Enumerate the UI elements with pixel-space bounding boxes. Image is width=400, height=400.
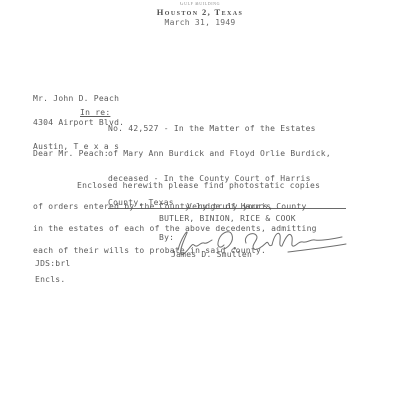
- valediction: Very truly yours,: [187, 203, 273, 211]
- enclosure-notation: Encls.: [35, 276, 65, 284]
- recipient-name: Mr. John D. Peach: [33, 95, 124, 103]
- letterhead-city-line: Houston 2, Texas: [0, 7, 400, 17]
- reference-label: In re:: [80, 109, 110, 117]
- letter-page: Gulf Building Houston 2, Texas March 31,…: [0, 0, 400, 400]
- body-line: Enclosed herewith please find photostati…: [33, 182, 320, 189]
- firm-name: BUTLER, BINION, RICE & COOK: [159, 215, 296, 223]
- salutation: Dear Mr. Peach:: [33, 150, 109, 158]
- reference-line: of Mary Ann Burdick and Floyd Orlie Burd…: [108, 150, 346, 158]
- body-line: of orders entered by the County Judge of…: [33, 203, 320, 210]
- reference-line: No. 42,527 - In the Matter of the Estate…: [108, 125, 346, 133]
- date-line: March 31, 1949: [0, 19, 400, 27]
- typist-initials: JDS:brl: [35, 260, 70, 268]
- typed-signature-name: James D. Smullen: [171, 251, 252, 259]
